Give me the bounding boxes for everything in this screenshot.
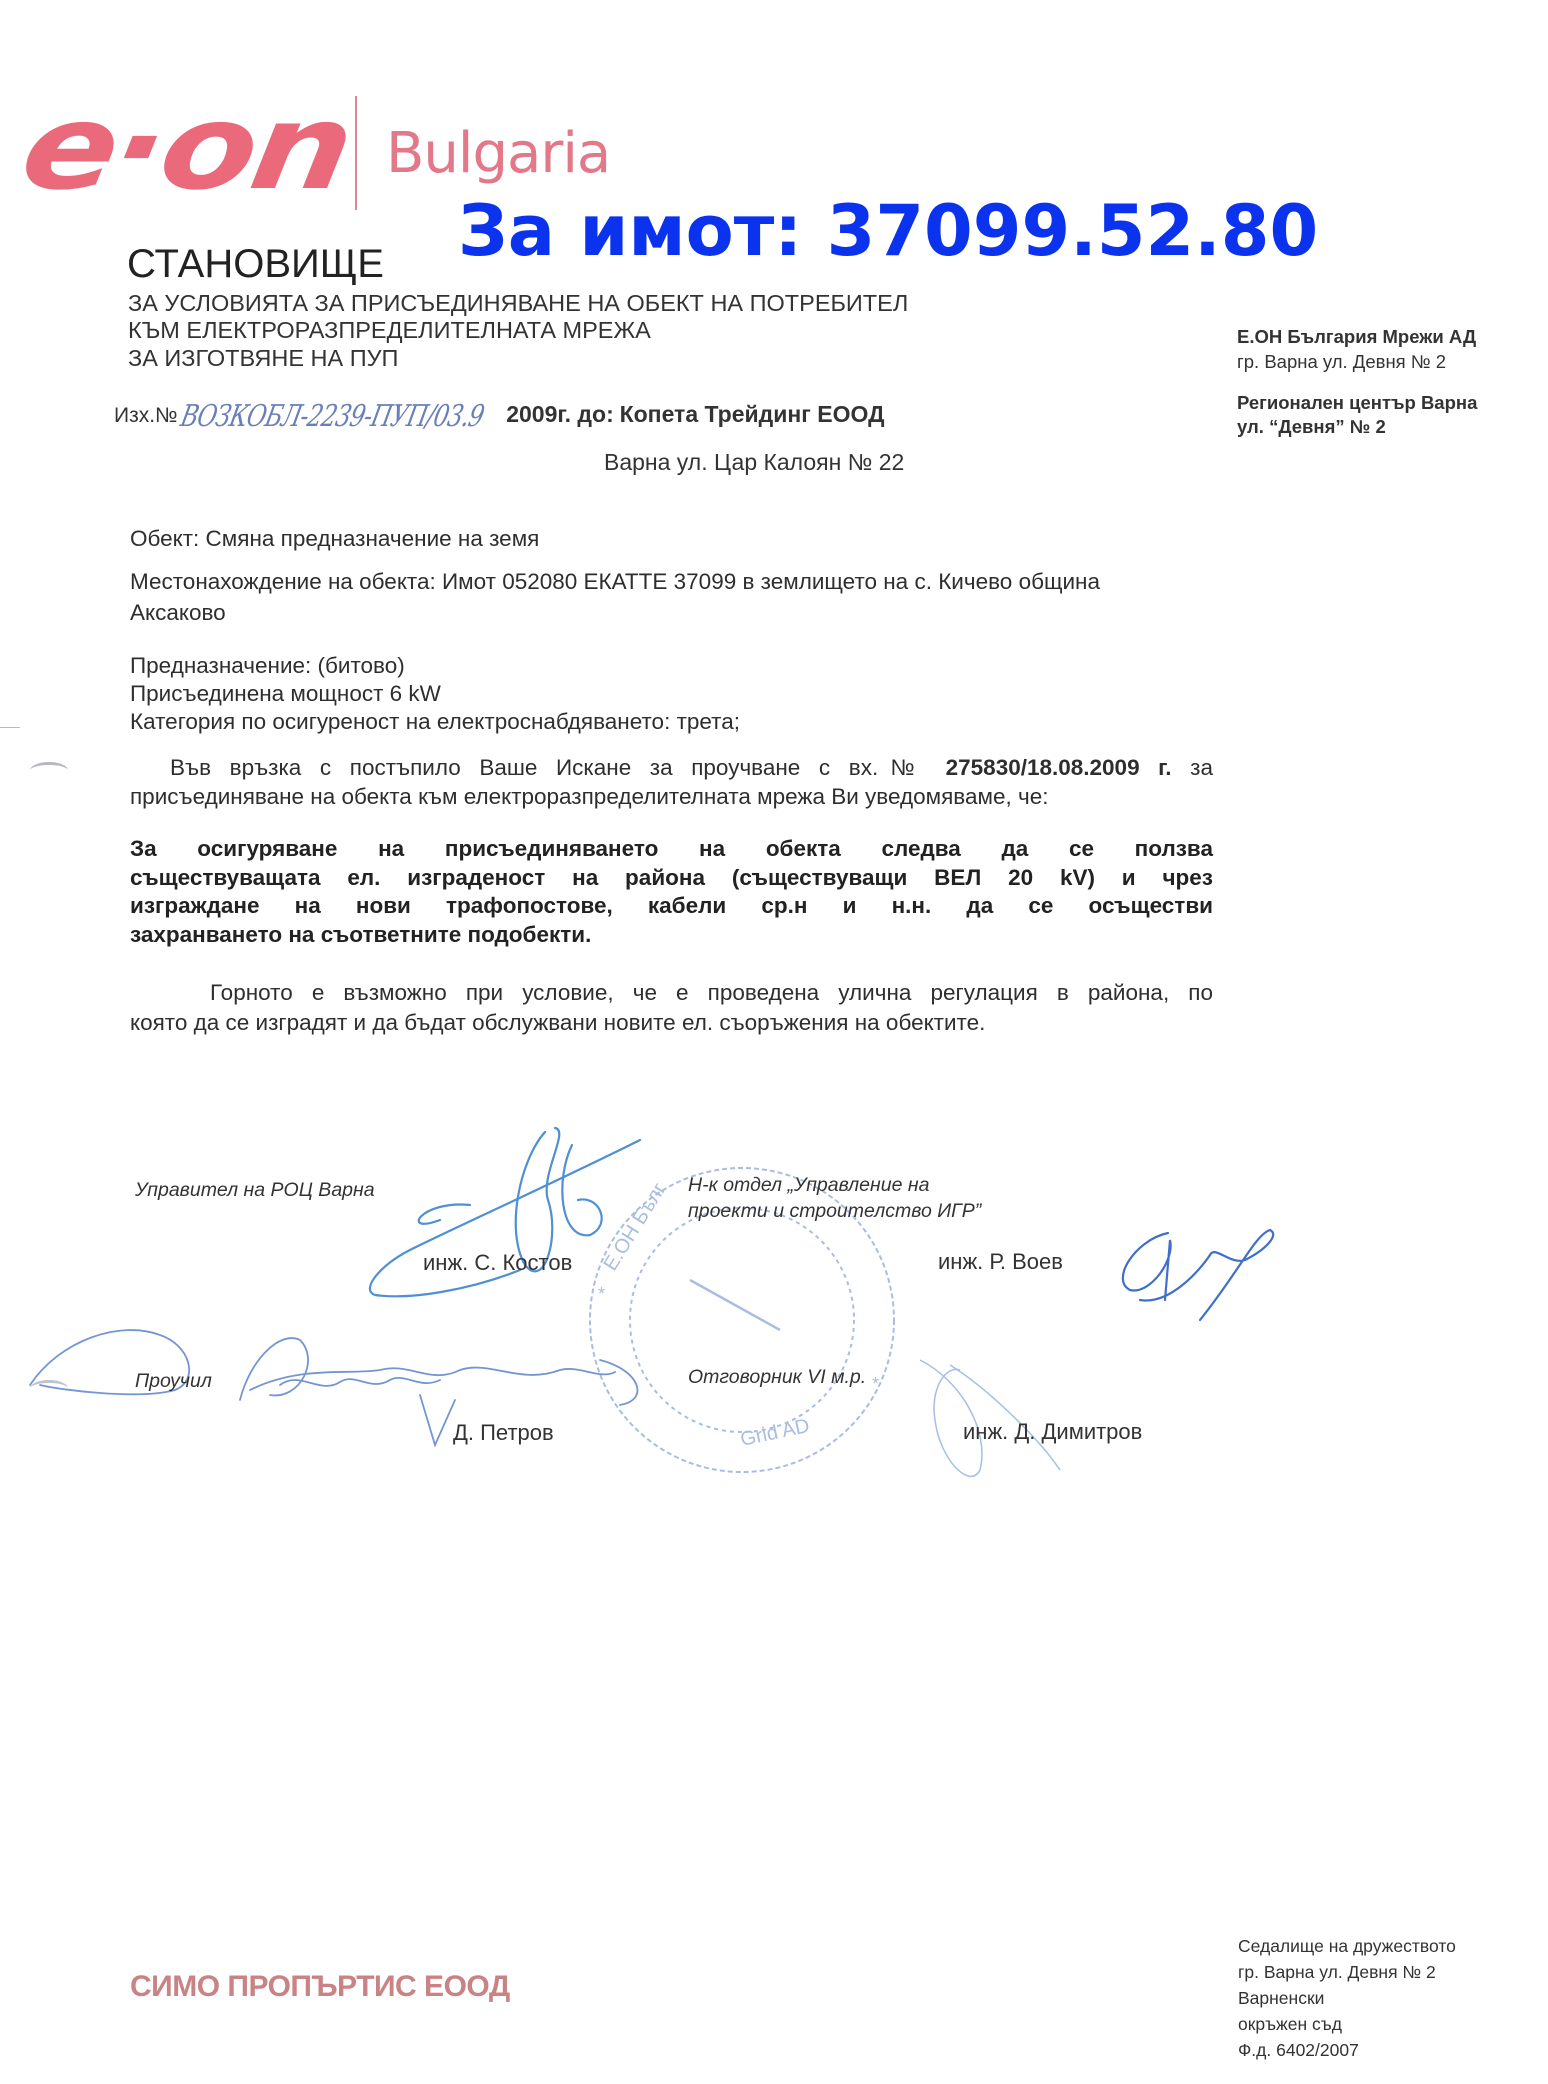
registered-office-line-3: Варненски [1238,1990,1324,2008]
intro-line-1: Във връзка с постъпило Ваше Искане за пр… [130,753,1213,782]
logo-divider [355,96,357,210]
conditions-line-4: захранването на съответните подобекти. [130,921,1213,950]
registered-office-line-5: Ф.д. 6402/2007 [1238,2042,1359,2060]
document-subtitle-line-3: ЗА ИЗГОТВЯНЕ НА ПУП [128,347,398,371]
sender-center-address: ул. “Девня” № 2 [1237,418,1386,437]
reference-label: Изх.№ [114,404,178,427]
signature-role-responsible: Отговорник VI м.р. [688,1368,866,1388]
svg-text:*: * [872,1374,879,1394]
intro-line-2: присъединяване на обекта към електроразп… [130,782,1213,811]
power-line: Присъединена мощност 6 kW [130,683,441,706]
scan-edge-mark [0,727,20,728]
signature-name-manager: инж. С. Костов [423,1252,572,1274]
property-title: За имот: 37099.52.80 [458,196,1318,266]
object-line: Обект: Смяна предназначение на земя [130,528,539,551]
signature-name-studied: Д. Петров [453,1422,554,1444]
conditions-line-2: съществуващата ел. изграденост на района… [130,864,1213,893]
svg-text:Grid AD: Grid AD [738,1415,811,1451]
sender-center: Регионален център Варна [1237,394,1477,413]
eon-logo: e·on [14,88,357,206]
hole-punch-shadow [30,762,68,779]
watermark-company: СИМО ПРОПЪРТИС ЕООД [130,1972,510,2002]
document-title: СТАНОВИЩЕ [127,244,384,284]
svg-text:*: * [598,1284,605,1304]
registered-office-line-1: Седалище на дружеството [1238,1938,1456,1956]
registered-office-line-4: окръжен съд [1238,2016,1342,2034]
signature-role-studied: Проучил [135,1372,212,1392]
conditions-paragraph: За осигуряване на присъединяването на об… [130,835,1213,950]
svg-text:Е.ОН Бълг: Е.ОН Бълг [600,1179,671,1275]
purpose-line: Предназначение: (битово) [130,655,405,678]
logo-country-label: Bulgaria [386,126,610,182]
signature-role-department-line-2: проекти и строителство ИГР” [688,1202,981,1222]
recipient-name: Копета Трейдинг ЕООД [620,401,885,427]
signature-voev [1123,1230,1273,1320]
note-line-2: която да се изградят и да бъдат обслужва… [130,1008,1213,1038]
document-subtitle-line-1: ЗА УСЛОВИЯТА ЗА ПРИСЪЕДИНЯВАНЕ НА ОБЕКТ … [128,292,908,316]
location-line-2: Аксаково [130,602,226,625]
intro-paragraph: Във връзка с постъпило Ваше Искане за пр… [130,753,1213,811]
note-line-1: Горното е възможно при условие, че е про… [130,978,1213,1008]
location-line-1: Местонахождение на обекта: Имот 052080 Е… [130,571,1100,594]
recipient-address: Варна ул. Цар Калоян № 22 [604,451,904,474]
note-paragraph: Горното е възможно при условие, че е про… [130,978,1213,1038]
document-subtitle-line-2: КЪМ ЕЛЕКТРОРАЗПРЕДЕЛИТЕЛНАТА МРЕЖА [128,319,651,343]
signature-role-department-line-1: Н-к отдел „Управление на [688,1176,929,1196]
conditions-line-3: изграждане на нови трафопостове, кабели … [130,892,1213,921]
registered-office-line-2: гр. Варна ул. Девня № 2 [1238,1964,1436,1982]
reference-year: 2009г. до: [506,401,614,427]
request-number: 275830/18.08.2009 г. [946,755,1172,780]
conditions-line-1: За осигуряване на присъединяването на об… [130,835,1213,864]
handwritten-reference-number: ВОЗКОБЛ-2239-ПУП/03.9 [178,402,486,432]
signature-name-department: инж. Р. Воев [938,1251,1063,1273]
sender-company-address: гр. Варна ул. Девня № 2 [1237,353,1446,372]
hole-punch-shadow [30,1380,68,1397]
reference-line: Изх.№ВОЗКОБЛ-2239-ПУП/03.9 2009г. до: Ко… [114,402,884,432]
signature-name-responsible: инж. Д. Димитров [963,1421,1142,1443]
signature-role-manager: Управител на РОЦ Варна [135,1181,375,1201]
sender-company: Е.ОН България Мрежи АД [1237,328,1476,347]
category-line: Категория по осигуреност на електроснабд… [130,711,740,734]
